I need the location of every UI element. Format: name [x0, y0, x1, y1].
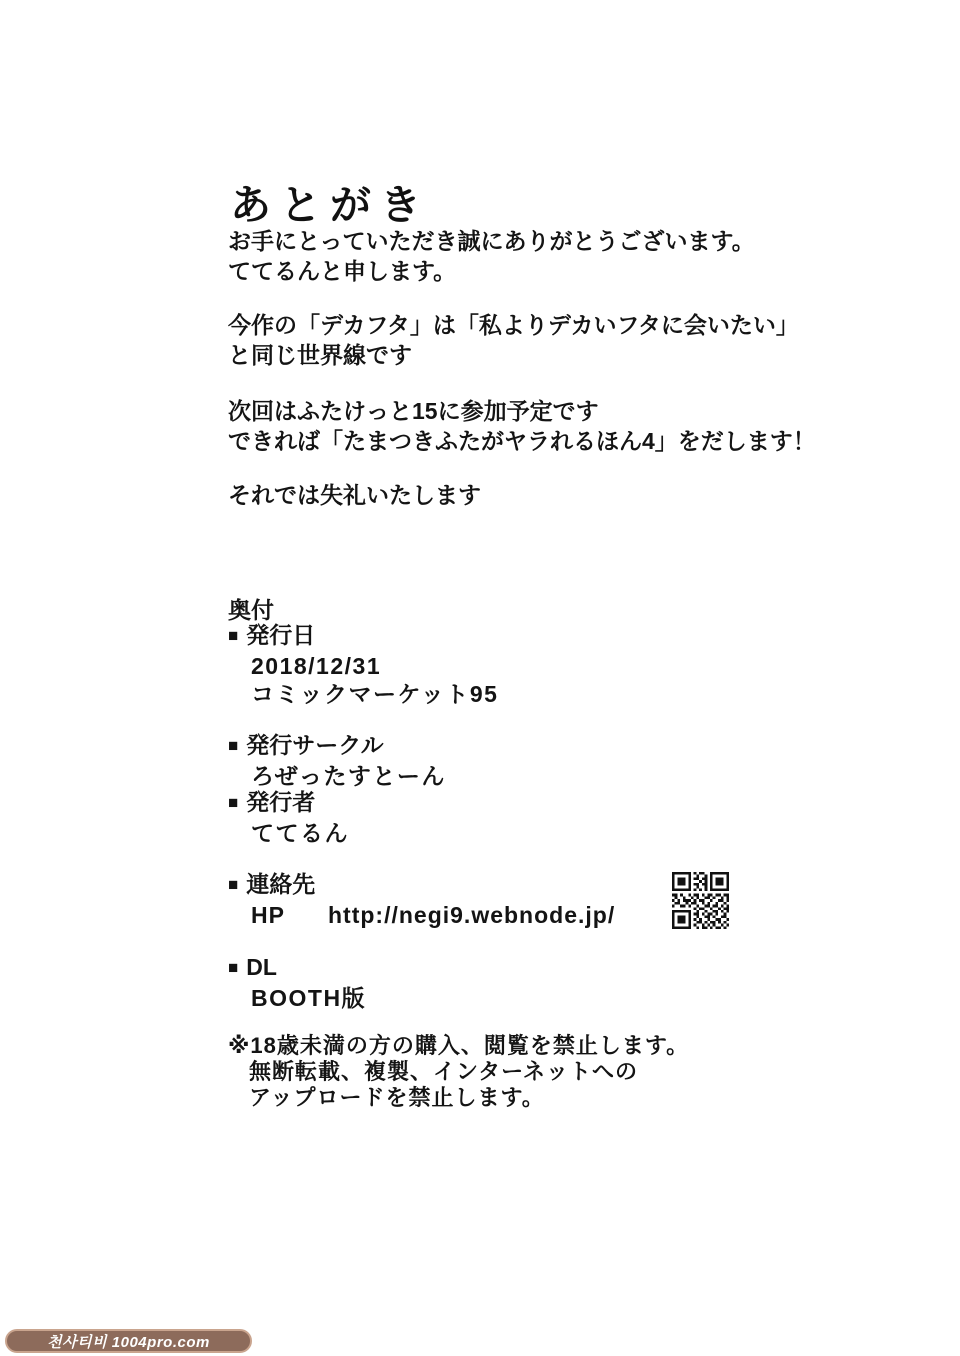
- colophon-entry-contact: ■連絡先 HPhttp://negi9.webnode.jp/: [228, 870, 615, 929]
- entry-label-line: ■発行サークル: [228, 731, 446, 762]
- entry-label-line: ■発行日: [228, 621, 498, 652]
- entry-value: BOOTH版: [228, 984, 366, 1012]
- paragraph-thanks: お手にとっていただき誠にありがとうございます。 ててるんと申します。: [228, 226, 755, 286]
- bullet-square-icon: ■: [228, 958, 238, 977]
- entry-label-line: ■連絡先: [228, 870, 615, 901]
- colophon-entry-dl: ■DL BOOTH版: [228, 953, 366, 1012]
- qr-code-icon: [672, 872, 729, 929]
- bullet-square-icon: ■: [228, 875, 238, 894]
- text-line: 無断転載、複製、インターネットへの: [228, 1059, 689, 1085]
- text-line: お手にとっていただき誠にありがとうございます。: [228, 226, 755, 256]
- text-line: それでは失礼いたします: [228, 480, 481, 510]
- bullet-square-icon: ■: [228, 736, 238, 755]
- colophon-entry-publisher: ■発行者 ててるん: [228, 788, 349, 847]
- colophon-entry-circle: ■発行サークル ろぜったすとーん: [228, 731, 446, 790]
- paragraph-work-note: 今作の「デカフタ」は「私よりデカいフタに会いたい」 と同じ世界線です: [228, 310, 799, 370]
- paragraph-closing: それでは失礼いたします: [228, 480, 481, 510]
- entry-value: ててるん: [228, 819, 349, 847]
- text-line: 今作の「デカフタ」は「私よりデカいフタに会いたい」: [228, 310, 799, 340]
- entry-value: コミックマーケット95: [228, 680, 498, 708]
- entry-label-line: ■DL: [228, 953, 366, 984]
- entry-value: 2018/12/31: [228, 652, 498, 680]
- paragraph-next-event: 次回はふたけっと15に参加予定です できれば「たまつきふたがヤラれるほん4」をだ…: [228, 396, 816, 456]
- entry-label: 発行者: [246, 789, 315, 815]
- watermark-text: 천사티비 1004pro.com: [47, 1331, 210, 1352]
- afterword-title: あとがき: [230, 172, 430, 231]
- entry-label: DL: [246, 954, 277, 980]
- contact-hp-line: HPhttp://negi9.webnode.jp/: [228, 901, 615, 929]
- colophon-entry-publish-date: ■発行日 2018/12/31 コミックマーケット95: [228, 621, 498, 708]
- bullet-square-icon: ■: [228, 626, 238, 645]
- scanned-page: あとがき お手にとっていただき誠にありがとうございます。 ててるんと申します。 …: [0, 0, 960, 1356]
- text-line: できれば「たまつきふたがヤラれるほん4」をだします！: [228, 426, 816, 456]
- entry-label: 発行サークル: [246, 732, 383, 758]
- text-line: 次回はふたけっと15に参加予定です: [228, 396, 816, 426]
- text-line: アップロードを禁止します。: [228, 1085, 689, 1111]
- age-restriction-notice: ※18歳未満の方の購入、閲覧を禁止します。 無断転載、複製、インターネットへの …: [228, 1033, 689, 1111]
- text-line: と同じ世界線です: [228, 340, 799, 370]
- hp-label: HP: [251, 901, 328, 929]
- text-line: ててるんと申します。: [228, 256, 755, 286]
- entry-label: 発行日: [246, 622, 315, 648]
- website-url: http://negi9.webnode.jp/: [328, 902, 615, 928]
- entry-label: 連絡先: [246, 871, 315, 897]
- entry-value: ろぜったすとーん: [228, 762, 446, 790]
- text-line: ※18歳未満の方の購入、閲覧を禁止します。: [228, 1033, 689, 1059]
- entry-label-line: ■発行者: [228, 788, 349, 819]
- watermark-pill: 천사티비 1004pro.com: [5, 1329, 252, 1353]
- bullet-square-icon: ■: [228, 793, 238, 812]
